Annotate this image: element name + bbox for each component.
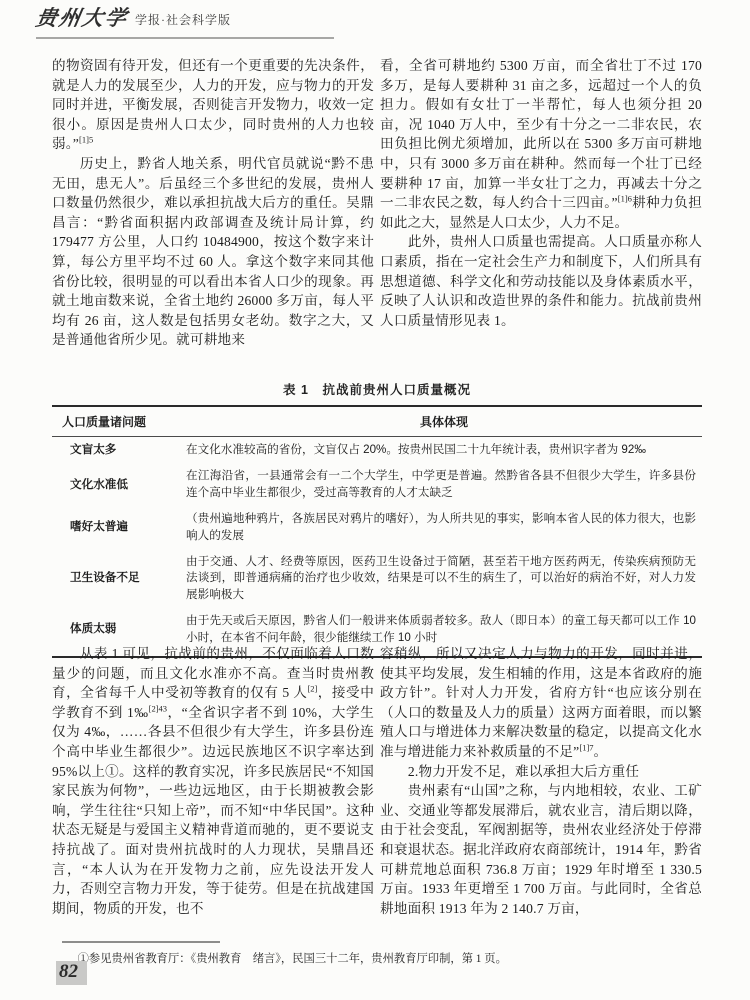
citation-superscript: [1]7: [579, 742, 593, 752]
paragraph: 看，全省可耕地约 5300 万亩，而全省壮丁不过 170 多万，是每人要耕种 3…: [380, 56, 702, 232]
table-row: 文盲太多在文化水准较高的省份，文盲仅占 20%。按贵州民国二十九年统计表，贵州识…: [52, 437, 702, 463]
table-1: 表 1 抗战前贵州人口质量概况 人口质量诸问题 具体体现 文盲太多在文化水准较高…: [52, 380, 702, 658]
lower-text-block: 从表 1 可见，抗战前的贵州，不仅面临着人口数量少的问题，而且文化水准亦不高。查…: [52, 644, 702, 918]
table-cell-issue: 文盲太多: [70, 442, 186, 458]
table-cell-detail: （贵州遍地种鸦片，各族居民对鸦片的嗜好），为人所共见的事实，影响本省人民的体力很…: [186, 511, 702, 544]
journal-logo: 贵州大学: [34, 8, 130, 29]
upper-right-column: 看，全省可耕地约 5300 万亩，而全省壮丁不过 170 多万，是每人要耕种 3…: [380, 56, 702, 350]
paragraph: 2.物力开发不足，难以承担大后方重任: [380, 762, 702, 782]
table-cell-issue: 卫生设备不足: [70, 570, 186, 586]
table-cell-detail: 在文化水准较高的省份，文盲仅占 20%。按贵州民国二十九年统计表，贵州识字者为 …: [186, 442, 702, 458]
journal-subtitle: 学报·社会科学版: [135, 11, 231, 29]
table-row: 嗜好太普遍（贵州遍地种鸦片，各族居民对鸦片的嗜好），为人所共见的事实，影响本省人…: [52, 506, 702, 549]
table-cell-issue: 体质太弱: [70, 621, 186, 637]
table-body: 人口质量诸问题 具体体现 文盲太多在文化水准较高的省份，文盲仅占 20%。按贵州…: [52, 405, 702, 658]
page-number: 82: [56, 961, 87, 985]
table-cell-issue: 嗜好太普遍: [70, 519, 186, 535]
upper-text-block: 的物资固有待开发，但还有一个更重要的先决条件，就是人力的发展至少，人力的开发，应…: [52, 56, 702, 350]
table-rows: 文盲太多在文化水准较高的省份，文盲仅占 20%。按贵州民国二十九年统计表，贵州识…: [52, 437, 702, 651]
paragraph: 容稍纵，所以又决定人力与物力的开发，同时并进，使其平均发展，发生相辅的作用，这是…: [380, 644, 702, 762]
journal-page: 贵州大学 学报·社会科学版 的物资固有待开发，但还有一个更重要的先决条件，就是人…: [0, 0, 750, 1000]
paragraph: 历史上，黔省人地关系，明代官员就说“黔不患无田，患无人”。后虽经三个多世纪的发展…: [52, 154, 374, 350]
table-caption: 表 1 抗战前贵州人口质量概况: [52, 380, 702, 398]
paragraph: 此外，贵州人口质量也需提高。人口质量亦称人口素质，指在一定社会生产力和制度下，人…: [380, 232, 702, 330]
citation-superscript: [1]5: [79, 135, 93, 145]
table-cell-issue: 文化水准低: [70, 477, 186, 493]
paragraph: 从表 1 可见，抗战前的贵州，不仅面临着人口数量少的问题，而且文化水准亦不高。查…: [52, 644, 374, 918]
table-header-row: 人口质量诸问题 具体体现: [52, 407, 702, 437]
lower-left-column: 从表 1 可见，抗战前的贵州，不仅面临着人口数量少的问题，而且文化水准亦不高。查…: [52, 644, 374, 918]
table-cell-detail: 在江海沿省，一县通常会有一二个大学生，中学更是普遍。然黔省各县不但很少大学生，许…: [186, 468, 702, 501]
header-rule: [36, 37, 334, 39]
lower-right-column: 容稍纵，所以又决定人力与物力的开发，同时并进，使其平均发展，发生相辅的作用，这是…: [380, 644, 702, 918]
paragraph: 贵州素有“山国”之称，与内地相较，农业、工矿业、交通业等都发展滞后，就农业言，清…: [380, 781, 702, 918]
table-header-details: 具体体现: [186, 413, 702, 430]
table-row: 文化水准低在江海沿省，一县通常会有一二个大学生，中学更是普遍。然黔省各县不但很少…: [52, 463, 702, 506]
paragraph: 的物资固有待开发，但还有一个更重要的先决条件，就是人力的发展至少，人力的开发，应…: [52, 56, 374, 154]
table-header-issues: 人口质量诸问题: [62, 413, 186, 430]
footnote-text: ①参见贵州省教育厅：《贵州教育 绪言》，民国三十二年，贵州教育厅印制，第 1 页…: [55, 952, 705, 967]
footnote-rule: [62, 941, 220, 943]
table-cell-detail: 由于交通、人才、经费等原因，医药卫生设备过于简陋，甚至若干地方医药两无，传染疾病…: [186, 554, 702, 603]
table-cell-detail: 由于先天或后天原因，黔省人们一般讲来体质弱者较多。敌人（即日本）的童工每天都可以…: [186, 613, 702, 646]
table-row: 卫生设备不足由于交通、人才、经费等原因，医药卫生设备过于简陋，甚至若干地方医药两…: [52, 549, 702, 608]
journal-header: 贵州大学 学报·社会科学版: [36, 8, 231, 29]
citation-superscript: [1]6: [618, 194, 632, 204]
citation-superscript: [2]43: [149, 703, 167, 713]
citation-superscript: [2]: [307, 684, 317, 694]
upper-left-column: 的物资固有待开发，但还有一个更重要的先决条件，就是人力的发展至少，人力的开发，应…: [52, 56, 374, 350]
